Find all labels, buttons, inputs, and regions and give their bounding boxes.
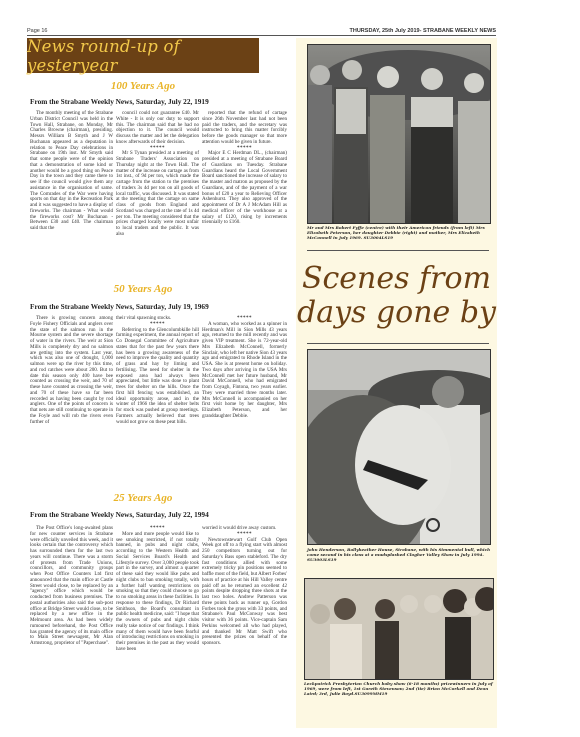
- bull-photo-image: [308, 350, 490, 544]
- source-line-1994: From the Strabane Weekly News, Saturday,…: [30, 510, 290, 519]
- article-column: The Post Office's long-awaited plans for…: [30, 526, 113, 647]
- article-column: reported that the refund of cartage sinc…: [202, 111, 287, 226]
- era-heading-25: 25 Years Ago: [27, 492, 259, 504]
- group-photo-image: [308, 45, 490, 223]
- article-column: worried it would drive away custom. ****…: [202, 526, 287, 647]
- article-column: ***** A woman, who worked as a spinner i…: [202, 316, 287, 420]
- photo-baby-show: [304, 578, 494, 680]
- section-banner: News round-up of yesteryear: [27, 38, 259, 73]
- source-line-1919: From the Strabane Weekly News, Saturday,…: [30, 97, 290, 106]
- photo-simmental-bull: [307, 349, 491, 545]
- article-column: The monthly meeting of the Strabane Urba…: [30, 111, 113, 232]
- dateline: THURSDAY, 25th July 2019- STRABANE WEEKL…: [350, 28, 497, 34]
- photo-caption: John Henderson, Ballyheather House, Stra…: [307, 548, 491, 562]
- source-line-1969: From the Strabane Weekly News, Saturday,…: [30, 302, 290, 311]
- article-column: council could not guarantee £40. Mr Whit…: [116, 111, 199, 238]
- article-column: ***** More and more people would like to…: [116, 526, 199, 653]
- article-column: There is growing concern among Foyle Fis…: [30, 316, 113, 425]
- page-number: Page 16: [27, 28, 48, 34]
- article-column: their vital spawning stocks. ***** Refer…: [116, 316, 199, 425]
- era-heading-100: 100 Years Ago: [27, 80, 259, 92]
- photo-caption: Leckpatrick Presbyterian Church baby sho…: [304, 682, 494, 696]
- banner-title: News round-up of yesteryear: [27, 37, 259, 75]
- baby-show-photo-image: [305, 579, 493, 679]
- era-heading-50: 50 Years Ago: [27, 283, 259, 295]
- divider: [307, 250, 489, 251]
- photo-caption: Mr and Mrs Robert Fyffe (centre) with th…: [307, 226, 491, 240]
- photo-fyffe-family: [307, 44, 491, 224]
- sidebar-heading: Scenes from days gone by: [296, 262, 497, 330]
- divider: [307, 343, 489, 344]
